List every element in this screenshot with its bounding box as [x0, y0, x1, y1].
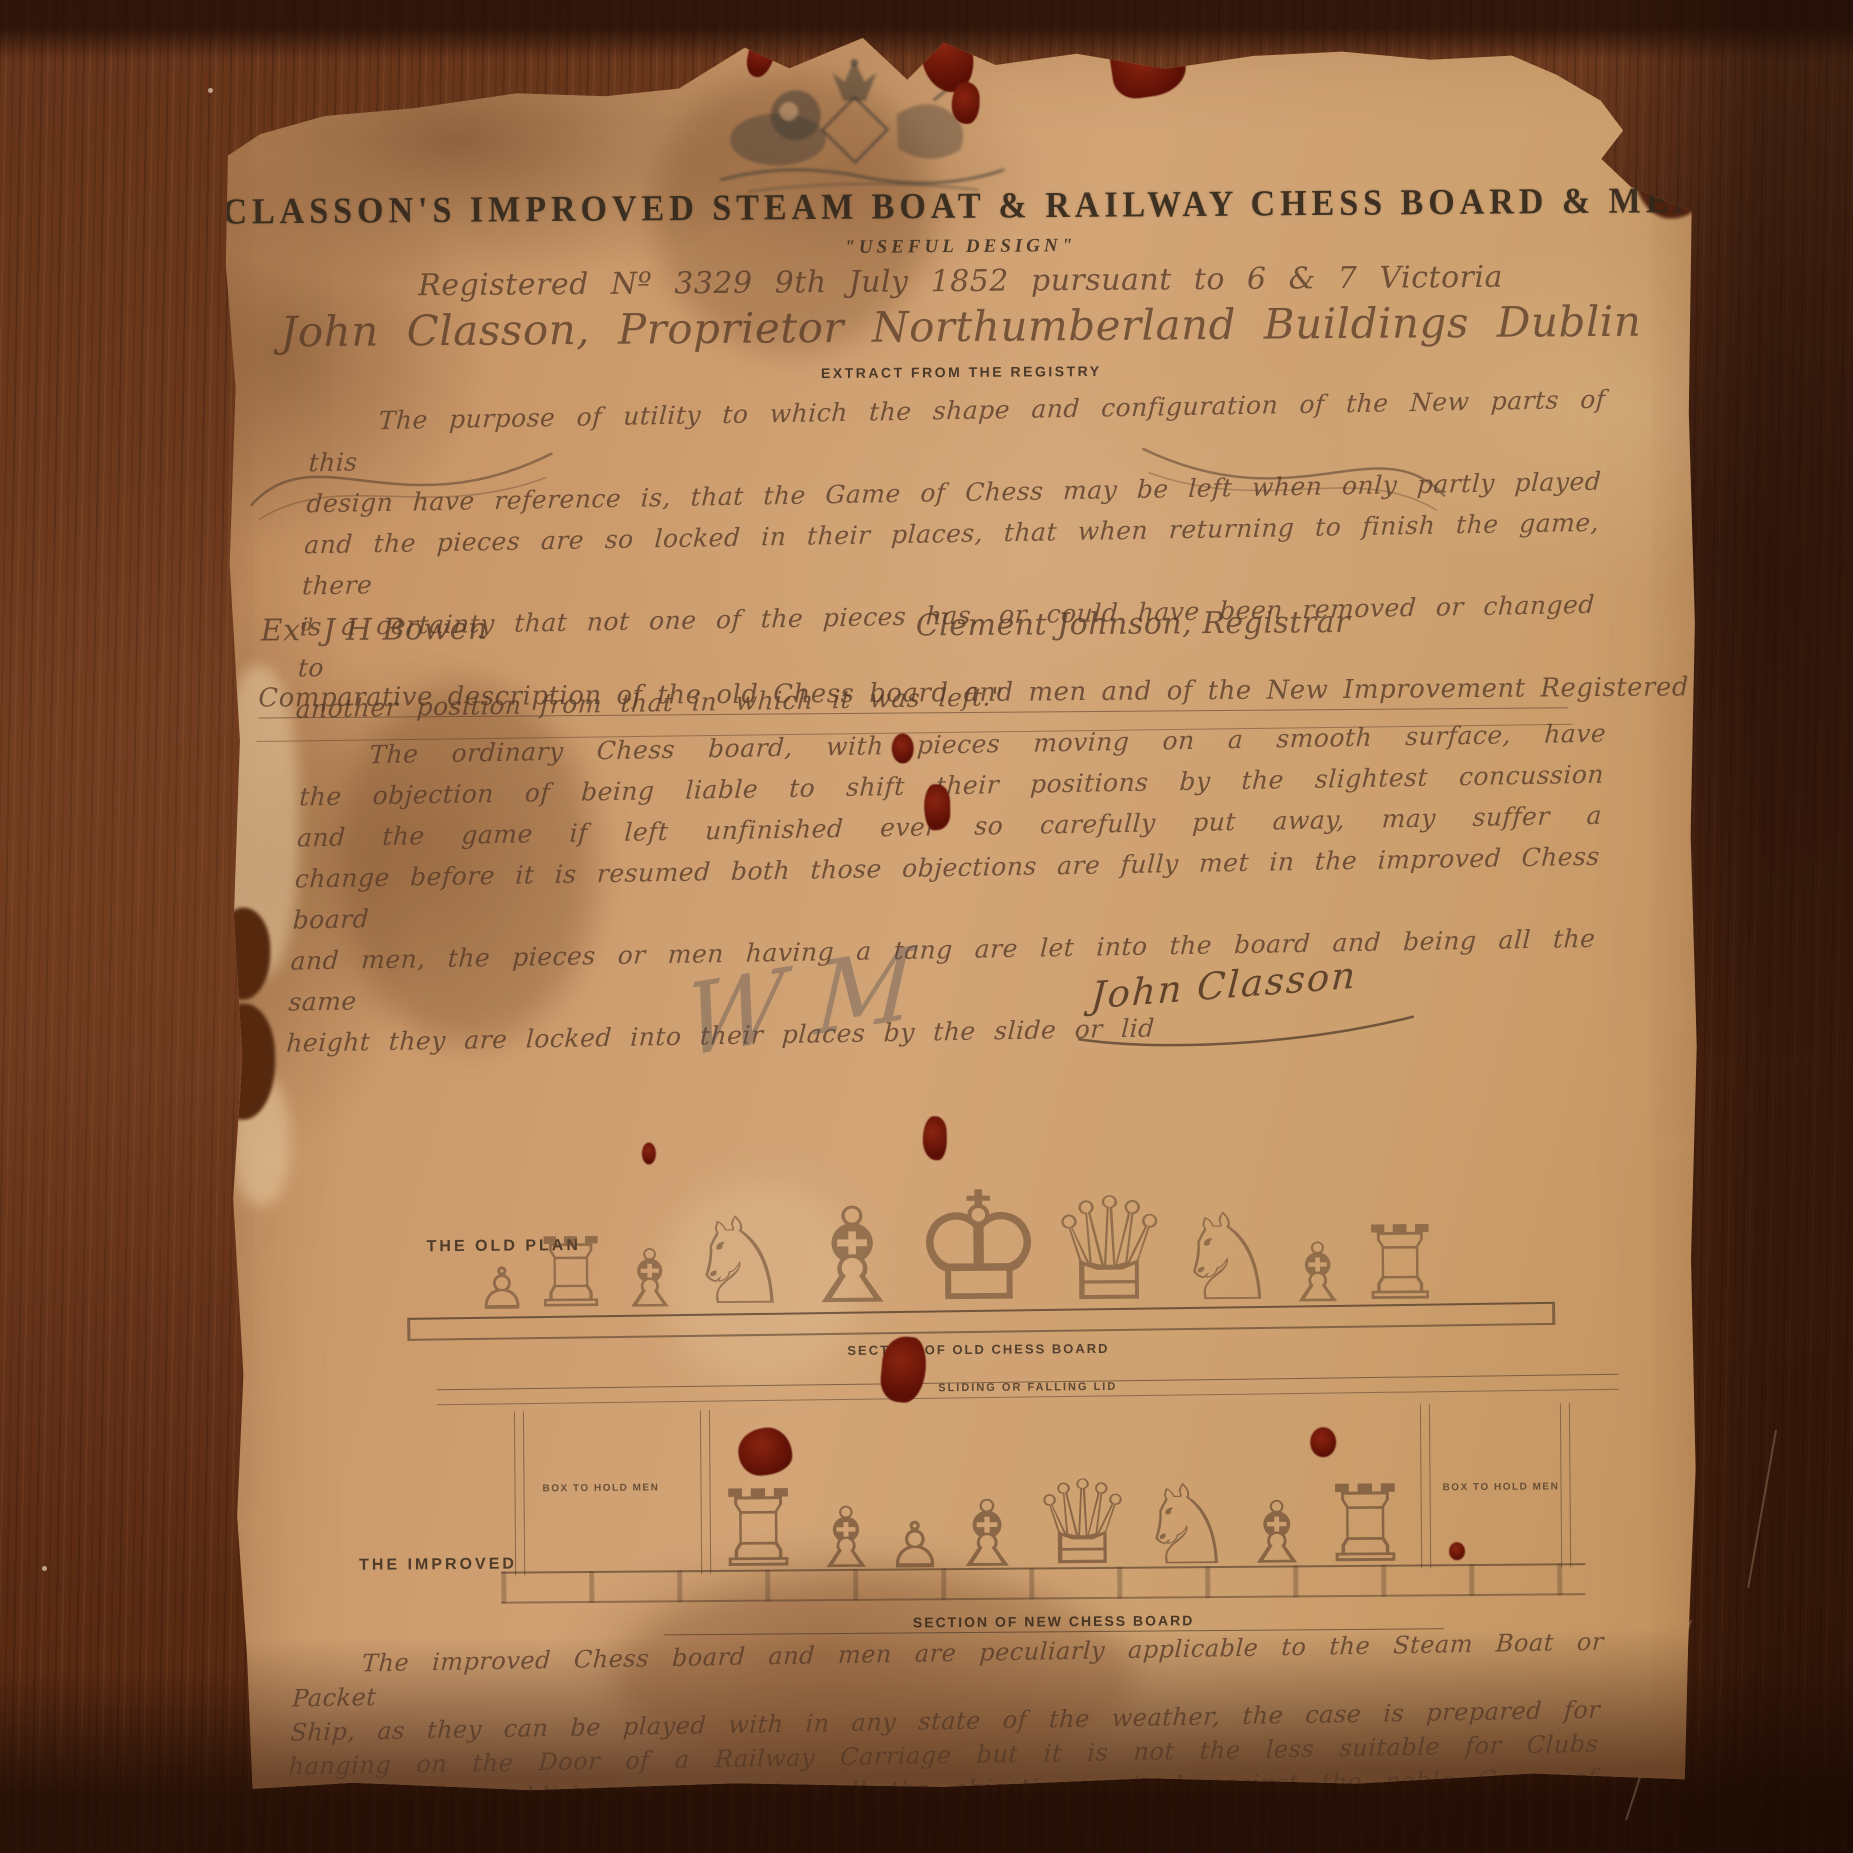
red-stain — [1310, 1427, 1336, 1457]
queen-glyph: ♕ — [1045, 1192, 1173, 1309]
signature-flourish-icon — [1074, 1010, 1420, 1051]
queen-glyph: ♕ — [1030, 1476, 1135, 1572]
bishop-glyph: ♗ — [1238, 1499, 1316, 1570]
proprietor-line: John Classon, Proprietor Northumberland … — [223, 296, 1698, 357]
pasted-paper-label: CLASSON'S IMPROVED STEAM BOAT & RAILWAY … — [221, 24, 1710, 1798]
old-board-caption: SECTION OF OLD CHESS BOARD — [407, 1337, 1549, 1361]
knight-glyph: ♘ — [1137, 1480, 1236, 1571]
pawn-glyph: ♙ — [886, 1520, 944, 1573]
pawn-glyph: ♙ — [476, 1266, 528, 1314]
red-stain — [924, 784, 950, 830]
red-stain — [951, 82, 979, 124]
frame-post — [514, 1411, 525, 1575]
rook-glyph: ♖ — [528, 1234, 615, 1313]
slotted-base-rail — [501, 1563, 1585, 1604]
box-label-right: BOX TO HOLD MEN — [1443, 1481, 1560, 1493]
rook-glyph: ♖ — [711, 1486, 807, 1574]
red-stain — [642, 1142, 656, 1164]
improved-board-frame: BOX TO HOLD MEN BOX TO HOLD MEN ♖♗♙♗♕♘♗♖ — [514, 1403, 1571, 1603]
frame-divider — [1420, 1404, 1431, 1568]
red-stain — [1449, 1542, 1465, 1560]
examined-by: Exᵈ J H Bowen — [261, 612, 488, 649]
bishop-glyph: ♗ — [614, 1247, 686, 1313]
knight-glyph: ♘ — [685, 1213, 793, 1312]
wood-speck — [208, 88, 213, 93]
king-glyph: ♔ — [911, 1186, 1046, 1310]
rook-glyph: ♖ — [1354, 1223, 1446, 1307]
wood-speck — [42, 1566, 47, 1571]
photograph-of-label-on-wood: CLASSON'S IMPROVED STEAM BOAT & RAILWAY … — [0, 0, 1853, 1853]
frame-post — [1560, 1403, 1571, 1567]
improved-label: THE IMPROVED — [359, 1556, 517, 1575]
rook-glyph: ♖ — [1317, 1482, 1413, 1570]
box-label-left: BOX TO HOLD MEN — [542, 1482, 659, 1494]
red-stain — [738, 1427, 792, 1475]
old-plan-chess-pieces-row: ♙♖♗♘♗♔♕♘♗♖ — [475, 1139, 1371, 1314]
knight-glyph: ♘ — [1173, 1209, 1281, 1308]
bishop-glyph: ♗ — [808, 1504, 884, 1573]
bishop-glyph: ♗ — [1281, 1240, 1355, 1308]
registrar-name: Clement Johnson, Registrar — [916, 605, 1350, 643]
red-stain — [892, 733, 914, 763]
design-motto: "USEFUL DESIGN" — [223, 230, 1698, 264]
label-title: CLASSON'S IMPROVED STEAM BOAT & RAILWAY … — [222, 181, 1697, 234]
bishop-glyph: ♗ — [946, 1496, 1029, 1572]
bishop-glyph: ♗ — [793, 1202, 912, 1311]
improved-chess-pieces-row: ♖♗♙♗♕♘♗♖ — [710, 1429, 1413, 1575]
red-stain — [923, 1116, 947, 1160]
royal-coat-of-arms-icon — [691, 49, 1032, 202]
